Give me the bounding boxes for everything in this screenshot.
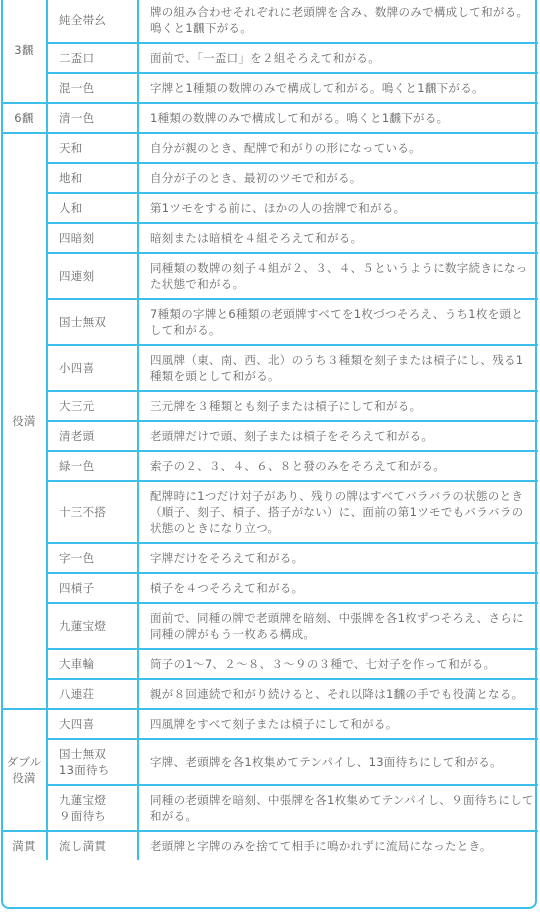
yaku-name-cell: 地和 bbox=[47, 163, 138, 193]
yaku-description-cell: 自分が子のとき、最初のツモで和がる。 bbox=[138, 163, 538, 193]
yaku-description-cell: 字牌と1種類の数牌のみで構成して和がる。鳴くと1飜下がる。 bbox=[138, 73, 538, 103]
table-row: 大車輪筒子の1～7、２～８、３～９の３種で、七対子を作って和がる。 bbox=[2, 649, 538, 679]
yaku-description-cell: 老頭牌と字牌のみを捨てて相手に鳴かれずに流局になったとき。 bbox=[138, 831, 538, 860]
category-cell: 6飜 bbox=[2, 103, 47, 133]
table-row: 役満天和自分が親のとき、配牌で和がりの形になっている。 bbox=[2, 133, 538, 163]
yaku-name-cell: 清一色 bbox=[47, 103, 138, 133]
category-cell: 3飜 bbox=[2, 0, 47, 103]
yaku-description-cell: 牌の組み合わせそれぞれに老頭牌を含み、数牌のみで構成して和がる。鳴くと1飜下がる… bbox=[138, 0, 538, 43]
yaku-description-cell: 字牌、老頭牌を各1枚集めてテンパイし、13面待ちにして和がる。 bbox=[138, 739, 538, 785]
table-row: 3飜純全帯幺牌の組み合わせそれぞれに老頭牌を含み、数牌のみで構成して和がる。鳴く… bbox=[2, 0, 538, 43]
table-row: 九蓮宝燈面前で、同種の牌で老頭牌を暗刻、中張牌を各1枚ずつそろえ、さらに同種の牌… bbox=[2, 603, 538, 649]
yaku-name-cell: 四槓子 bbox=[47, 573, 138, 603]
category-cell: 役満 bbox=[2, 133, 47, 709]
yaku-description-cell: 面前で、同種の牌で老頭牌を暗刻、中張牌を各1枚ずつそろえ、さらに同種の牌がもう一… bbox=[138, 603, 538, 649]
yaku-description-cell: 字牌だけをそろえて和がる。 bbox=[138, 543, 538, 573]
table-row: 大三元三元牌を３種類とも刻子または槓子にして和がる。 bbox=[2, 391, 538, 421]
table-row: 八連荘親が８回連続で和がり続けると、それ以降は1飜の手でも役満となる。 bbox=[2, 679, 538, 709]
table-row: 地和自分が子のとき、最初のツモで和がる。 bbox=[2, 163, 538, 193]
yaku-name-cell: 二盃口 bbox=[47, 43, 138, 73]
yaku-description-cell: 第1ツモをする前に、ほかの人の捨牌で和がる。 bbox=[138, 193, 538, 223]
table-row: 九蓮宝燈 ９面待ち同種の老頭牌を暗刻、中張牌を各1枚集めてテンパイし、９面待ちに… bbox=[2, 785, 538, 831]
table-row: ダブル 役満大四喜四風牌をすべて刻子または槓子にして和がる。 bbox=[2, 709, 538, 739]
table-row: 6飜清一色1種類の数牌のみで構成して和がる。鳴くと1飜下がる。 bbox=[2, 103, 538, 133]
yaku-description-cell: 三元牌を３種類とも刻子または槓子にして和がる。 bbox=[138, 391, 538, 421]
yaku-name-cell: 小四喜 bbox=[47, 345, 138, 391]
table-row: 二盃口面前で、「一盃口」を２組そろえて和がる。 bbox=[2, 43, 538, 73]
table-row: 混一色字牌と1種類の数牌のみで構成して和がる。鳴くと1飜下がる。 bbox=[2, 73, 538, 103]
yaku-name-cell: 四暗刻 bbox=[47, 223, 138, 253]
yaku-name-cell: 八連荘 bbox=[47, 679, 138, 709]
yaku-name-cell: 国士無双 13面待ち bbox=[47, 739, 138, 785]
yaku-description-cell: 面前で、「一盃口」を２組そろえて和がる。 bbox=[138, 43, 538, 73]
table-row: 字一色字牌だけをそろえて和がる。 bbox=[2, 543, 538, 573]
yaku-description-cell: 四風牌をすべて刻子または槓子にして和がる。 bbox=[138, 709, 538, 739]
yaku-name-cell: 流し満貫 bbox=[47, 831, 138, 860]
yaku-name-cell: 純全帯幺 bbox=[47, 0, 138, 43]
yaku-name-cell: 四連刻 bbox=[47, 253, 138, 299]
yaku-description-cell: 配牌時に1つだけ対子があり、残りの牌はすべてバラバラの状態のとき（順子、刻子、槓… bbox=[138, 481, 538, 543]
yaku-name-cell: 大三元 bbox=[47, 391, 138, 421]
yaku-name-cell: 大四喜 bbox=[47, 709, 138, 739]
yaku-name-cell: 十三不搭 bbox=[47, 481, 138, 543]
yaku-description-cell: 暗刻または暗槓を４組そろえて和がる。 bbox=[138, 223, 538, 253]
yaku-description-cell: 7種類の字牌と6種類の老頭牌すべてを1枚づつそろえ、うち1枚を頭として和がる。 bbox=[138, 299, 538, 345]
yaku-description-cell: 1種類の数牌のみで構成して和がる。鳴くと1飜下がる。 bbox=[138, 103, 538, 133]
yaku-name-cell: 大車輪 bbox=[47, 649, 138, 679]
yaku-table: 3飜純全帯幺牌の組み合わせそれぞれに老頭牌を含み、数牌のみで構成して和がる。鳴く… bbox=[2, 0, 538, 860]
table-row: 国士無双7種類の字牌と6種類の老頭牌すべてを1枚づつそろえ、うち1枚を頭として和… bbox=[2, 299, 538, 345]
yaku-name-cell: 天和 bbox=[47, 133, 138, 163]
category-cell: 満貫 bbox=[2, 831, 47, 860]
table-row: 緑一色索子の２、３、４、６、８と發のみをそろえて和がる。 bbox=[2, 451, 538, 481]
table-row: 四槓子槓子を４つそろえて和がる。 bbox=[2, 573, 538, 603]
yaku-name-cell: 九蓮宝燈 ９面待ち bbox=[47, 785, 138, 831]
yaku-table-body: 3飜純全帯幺牌の組み合わせそれぞれに老頭牌を含み、数牌のみで構成して和がる。鳴く… bbox=[2, 0, 538, 860]
yaku-description-cell: 同種の老頭牌を暗刻、中張牌を各1枚集めてテンパイし、９面待ちにして和がる。 bbox=[138, 785, 538, 831]
yaku-name-cell: 人和 bbox=[47, 193, 138, 223]
table-row: 十三不搭配牌時に1つだけ対子があり、残りの牌はすべてバラバラの状態のとき（順子、… bbox=[2, 481, 538, 543]
yaku-name-cell: 字一色 bbox=[47, 543, 138, 573]
table-row: 小四喜四風牌（東、南、西、北）のうち３種類を刻子または槓子にし、残る1種類を頭と… bbox=[2, 345, 538, 391]
yaku-description-cell: 自分が親のとき、配牌で和がりの形になっている。 bbox=[138, 133, 538, 163]
category-cell: ダブル 役満 bbox=[2, 709, 47, 831]
yaku-name-cell: 九蓮宝燈 bbox=[47, 603, 138, 649]
table-row: 清老頭老頭牌だけで頭、刻子または槓子をそろえて和がる。 bbox=[2, 421, 538, 451]
yaku-name-cell: 緑一色 bbox=[47, 451, 138, 481]
yaku-description-cell: 老頭牌だけで頭、刻子または槓子をそろえて和がる。 bbox=[138, 421, 538, 451]
table-row: 四暗刻暗刻または暗槓を４組そろえて和がる。 bbox=[2, 223, 538, 253]
yaku-name-cell: 清老頭 bbox=[47, 421, 138, 451]
yaku-description-cell: 索子の２、３、４、６、８と發のみをそろえて和がる。 bbox=[138, 451, 538, 481]
yaku-description-cell: 筒子の1～7、２～８、３～９の３種で、七対子を作って和がる。 bbox=[138, 649, 538, 679]
table-row: 国士無双 13面待ち字牌、老頭牌を各1枚集めてテンパイし、13面待ちにして和がる… bbox=[2, 739, 538, 785]
yaku-description-cell: 親が８回連続で和がり続けると、それ以降は1飜の手でも役満となる。 bbox=[138, 679, 538, 709]
yaku-name-cell: 国士無双 bbox=[47, 299, 138, 345]
yaku-description-cell: 槓子を４つそろえて和がる。 bbox=[138, 573, 538, 603]
table-row: 四連刻同種類の数牌の刻子４組が２、３、４、５というように数字続きになった状態で和… bbox=[2, 253, 538, 299]
table-row: 満貫流し満貫老頭牌と字牌のみを捨てて相手に鳴かれずに流局になったとき。 bbox=[2, 831, 538, 860]
yaku-name-cell: 混一色 bbox=[47, 73, 138, 103]
yaku-description-cell: 同種類の数牌の刻子４組が２、３、４、５というように数字続きになった状態で和がる。 bbox=[138, 253, 538, 299]
yaku-description-cell: 四風牌（東、南、西、北）のうち３種類を刻子または槓子にし、残る1種類を頭として和… bbox=[138, 345, 538, 391]
table-row: 人和第1ツモをする前に、ほかの人の捨牌で和がる。 bbox=[2, 193, 538, 223]
